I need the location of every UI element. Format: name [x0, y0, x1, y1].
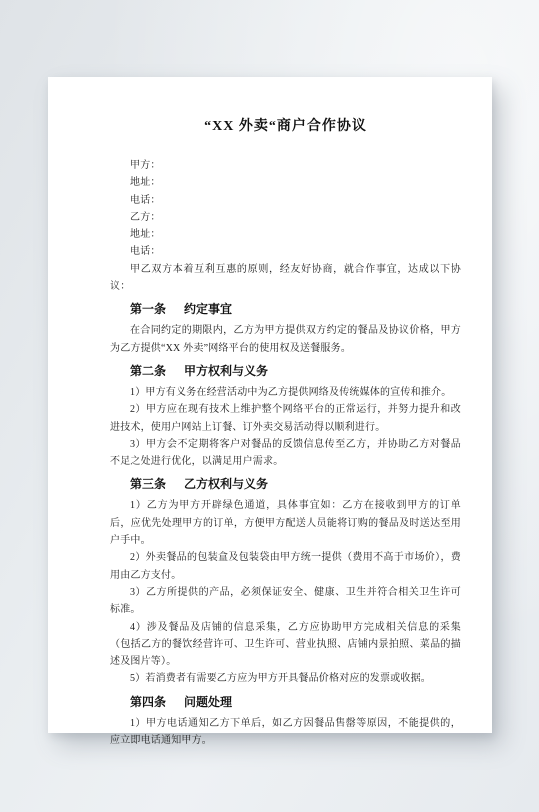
- section-3: 第三条乙方权利与义务 1）乙方为甲方开辟绿色通道，具体事宜如：乙方在接收到甲方的…: [110, 475, 461, 687]
- party-line-address-1: 地址：: [110, 174, 461, 191]
- section-2-title: 甲方权利与义务: [184, 364, 268, 378]
- section-3-item-1: 1）乙方为甲方开辟绿色通道，具体事宜如：乙方在接收到甲方的订单后，应优先处理甲方…: [110, 497, 461, 549]
- document-page: “XX 外卖“商户合作协议 甲方： 地址： 电话： 乙方： 地址： 电话： 甲乙…: [48, 77, 492, 733]
- party-line-phone-2: 电话：: [110, 243, 461, 260]
- party-line-yifang: 乙方：: [110, 209, 461, 226]
- section-1-heading: 第一条约定事宜: [110, 300, 461, 318]
- section-3-item-3: 3）乙方所提供的产品，必须保证安全、健康、卫生并符合相关卫生许可标准。: [110, 584, 461, 619]
- section-3-number: 第三条: [130, 477, 166, 491]
- section-1-title: 约定事宜: [184, 302, 232, 316]
- section-4-item-1: 1）甲方电话通知乙方下单后，如乙方因餐品售罄等原因，不能提供的，应立即电话通知甲…: [110, 715, 461, 750]
- section-2-number: 第二条: [130, 364, 166, 378]
- party-line-phone-1: 电话：: [110, 192, 461, 209]
- section-2-heading: 第二条甲方权利与义务: [110, 362, 461, 380]
- section-3-item-4: 4）涉及餐品及店铺的信息采集，乙方应协助甲方完成相关信息的采集（包括乙方的餐饮经…: [110, 619, 461, 671]
- section-4-heading: 第四条问题处理: [110, 693, 461, 711]
- section-4-number: 第四条: [130, 695, 166, 709]
- section-4-title: 问题处理: [184, 695, 232, 709]
- section-4: 第四条问题处理 1）甲方电话通知乙方下单后，如乙方因餐品售罄等原因，不能提供的，…: [110, 693, 461, 750]
- section-1: 第一条约定事宜 在合同约定的期限内，乙方为甲方提供双方约定的餐品及协议价格，甲方…: [110, 300, 461, 357]
- section-3-title: 乙方权利与义务: [184, 477, 268, 491]
- party-line-address-2: 地址：: [110, 226, 461, 243]
- section-3-heading: 第三条乙方权利与义务: [110, 475, 461, 493]
- section-2-item-2: 2）甲方应在现有技术上维护整个网络平台的正常运行，并努力提升和改进技术，使用户网…: [110, 401, 461, 436]
- section-3-item-2: 2）外卖餐品的包装盒及包装袋由甲方统一提供（费用不高于市场价），费用由乙方支付。: [110, 549, 461, 584]
- section-2-item-3: 3）甲方会不定期将客户对餐品的反馈信息传至乙方，并协助乙方对餐品不足之处进行优化…: [110, 436, 461, 471]
- doc-title: “XX 外卖“商户合作协议: [110, 117, 461, 137]
- section-1-number: 第一条: [130, 302, 166, 316]
- section-3-item-5: 5）若消费者有需要乙方应为甲方开具餐品价格对应的发票或收据。: [110, 670, 461, 687]
- section-2-item-1: 1）甲方有义务在经营活动中为乙方提供网络及传统媒体的宣传和推介。: [110, 384, 461, 401]
- intro-paragraph: 甲乙双方本着互利互惠的原则，经友好协商，就合作事宜，达成以下协议：: [110, 261, 461, 296]
- party-line-jiafang: 甲方：: [110, 157, 461, 174]
- section-2: 第二条甲方权利与义务 1）甲方有义务在经营活动中为乙方提供网络及传统媒体的宣传和…: [110, 362, 461, 470]
- party-block: 甲方： 地址： 电话： 乙方： 地址： 电话：: [110, 157, 461, 261]
- section-1-paragraph: 在合同约定的期限内，乙方为甲方提供双方约定的餐品及协议价格，甲方为乙方提供“XX…: [110, 322, 461, 357]
